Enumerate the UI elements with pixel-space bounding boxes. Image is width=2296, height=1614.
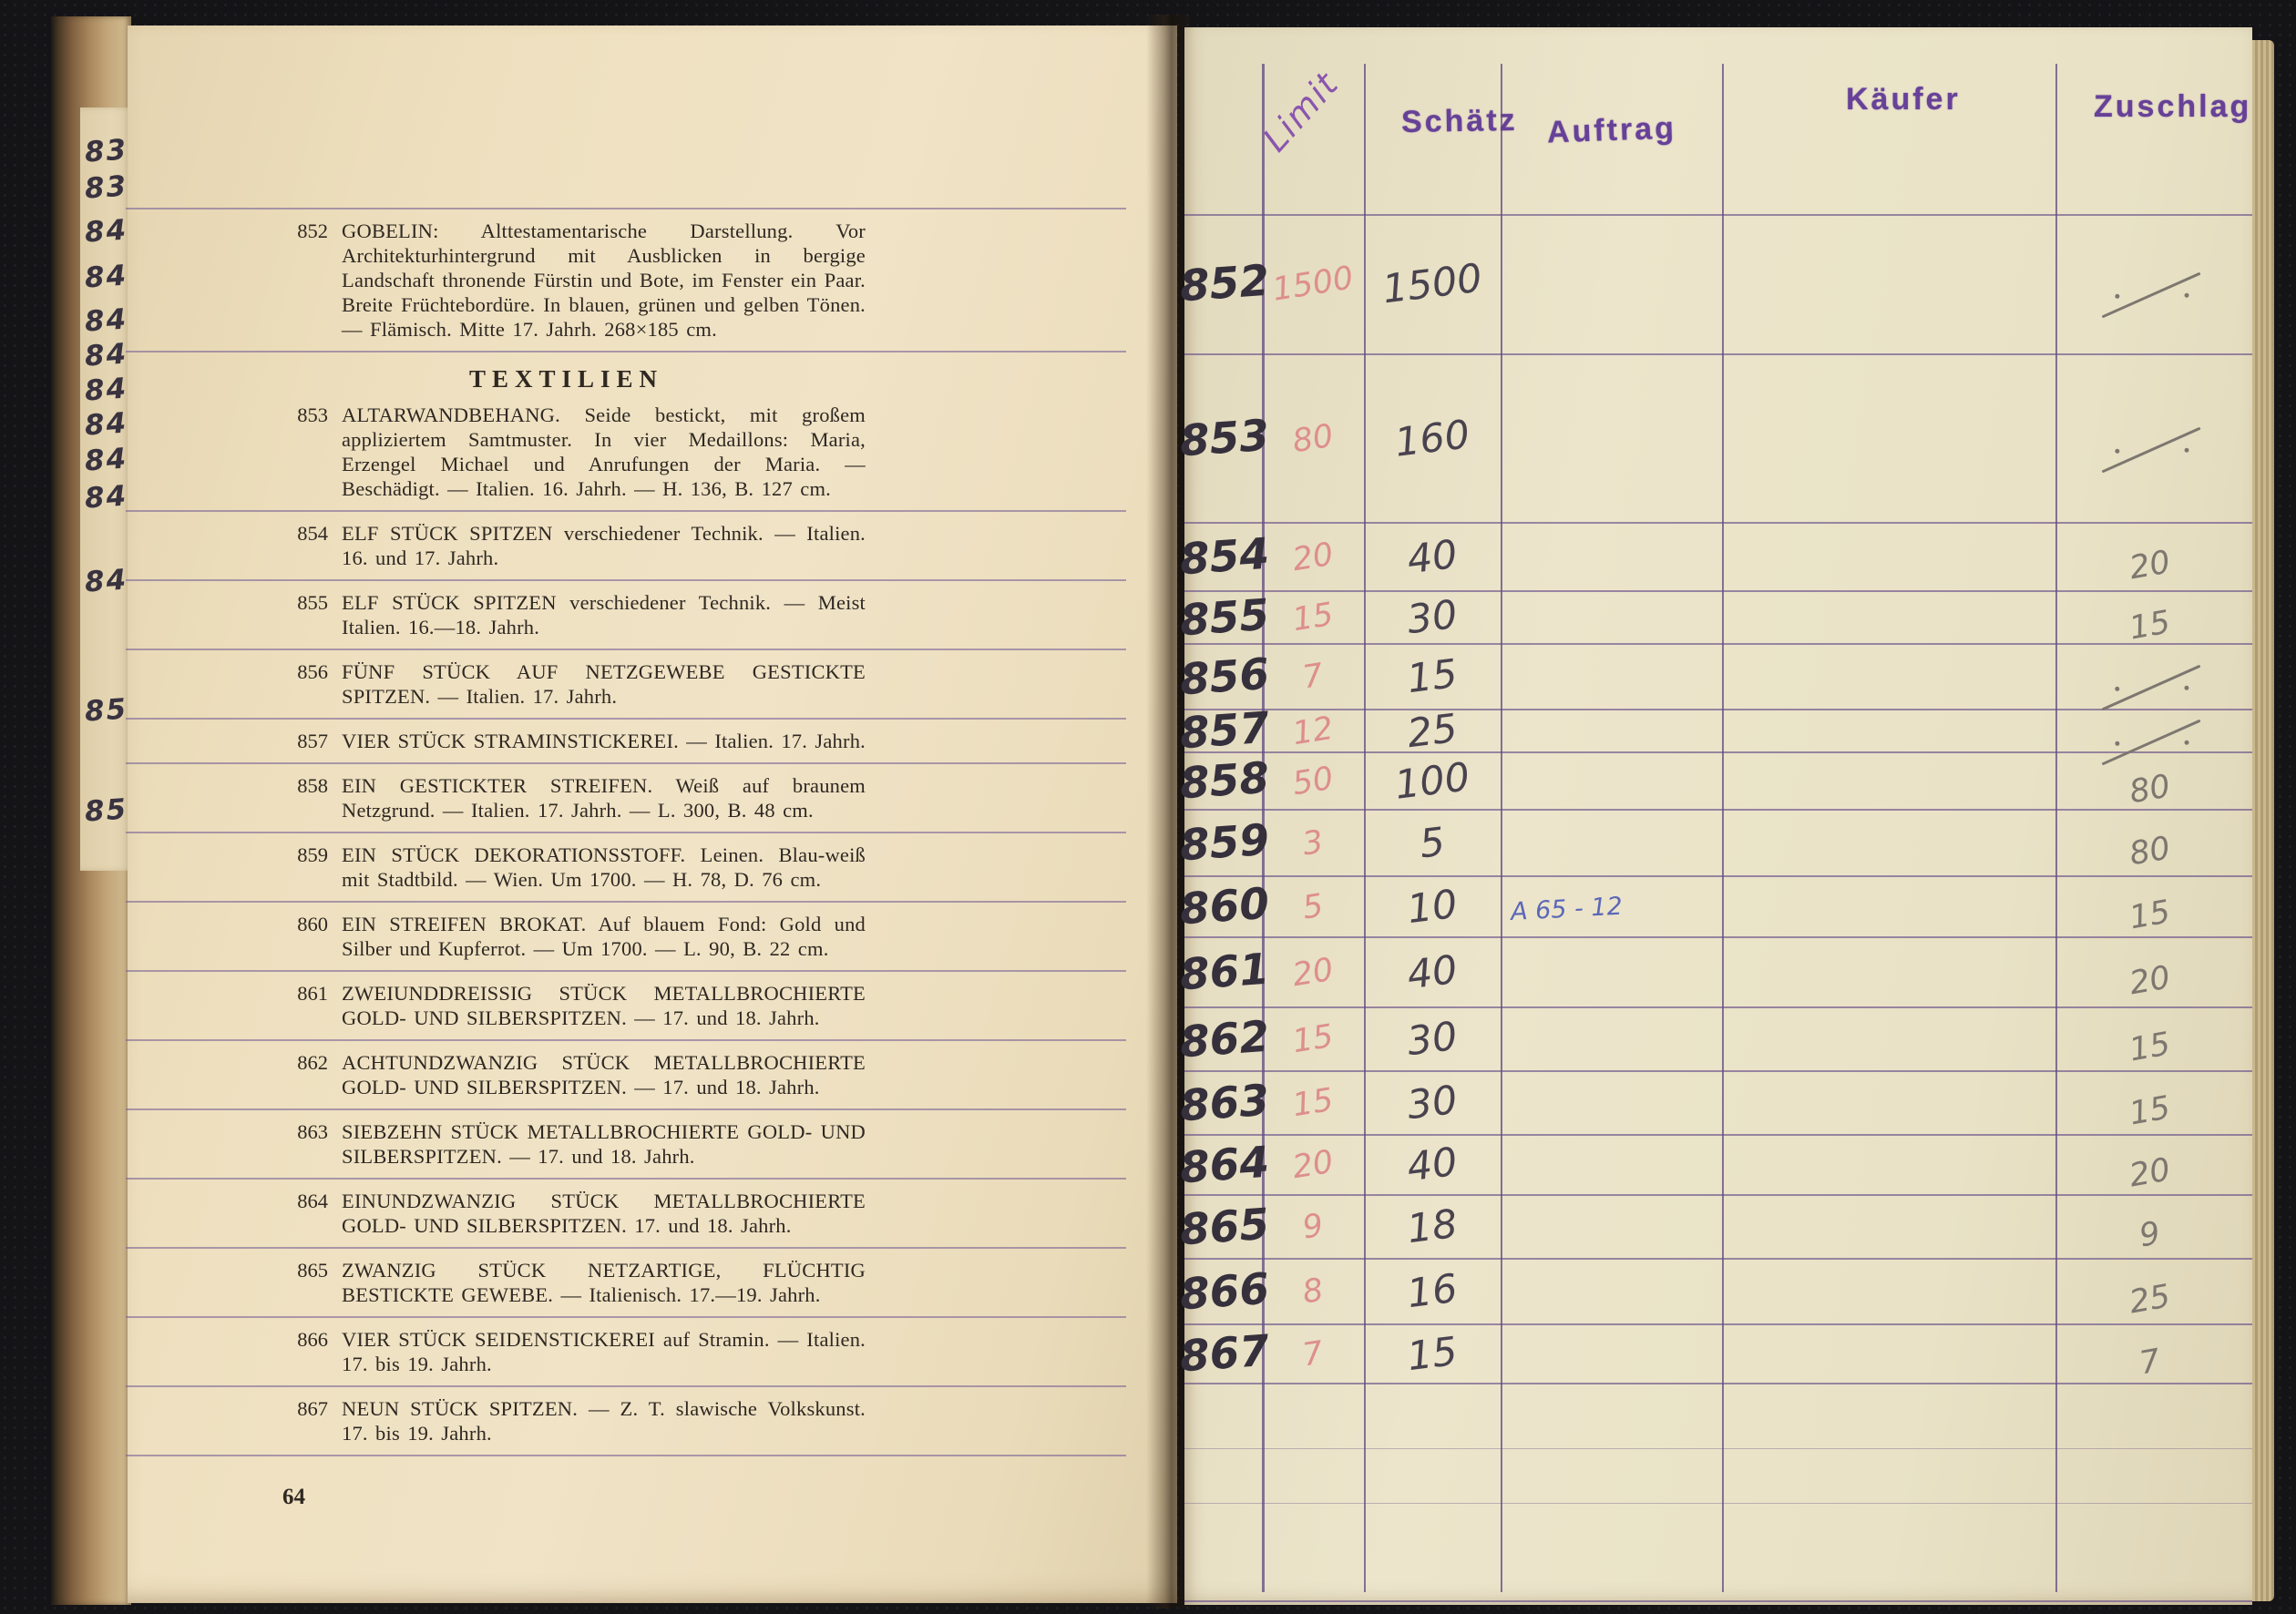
stub-lot-number: 85 xyxy=(84,692,129,728)
entry-separator-line xyxy=(126,1385,1126,1387)
lot-value: 866 xyxy=(1184,1257,1266,1326)
entry-separator-line xyxy=(126,1316,1126,1318)
entry-separator-line xyxy=(126,901,1126,903)
lot-number: 864 xyxy=(282,1189,328,1238)
stub-lot-number: 84 xyxy=(84,337,129,373)
catalog-entry: 854ELF STÜCK SPITZEN verschiedener Techn… xyxy=(282,521,866,570)
column-header-limit: Limit xyxy=(1256,64,1347,158)
kaeufer-value xyxy=(1722,214,2054,353)
stub-lot-number: 84 xyxy=(84,479,129,515)
lot-number: 854 xyxy=(282,521,328,570)
kaeufer-value xyxy=(1722,938,2054,1006)
lot-value: 858 xyxy=(1184,751,1265,812)
row-line xyxy=(1184,1600,2252,1602)
stub-lot-number: 84 xyxy=(84,406,129,442)
catalog-entry: 866VIER STÜCK SEIDENSTICKEREI auf Strami… xyxy=(282,1327,866,1376)
lot-number: 863 xyxy=(282,1119,328,1169)
stub-lot-number: 85 xyxy=(84,792,129,828)
entry-text: EINUNDZWANZIG STÜCK METALLBROCHIERTE GOL… xyxy=(342,1189,866,1238)
kaeufer-value xyxy=(1722,710,2054,751)
lot-number: 865 xyxy=(282,1258,328,1307)
column-stamp-auftrag: Auftrag xyxy=(1546,111,1676,151)
catalog-entry: 859EIN STÜCK DEKORATIONSSTOFF. Leinen. B… xyxy=(282,843,866,892)
entry-text: EIN STREIFEN BROKAT. Auf blauem Fond: Go… xyxy=(342,912,866,961)
ledger-row: 8585010080 xyxy=(1184,753,2252,811)
lot-value: 859 xyxy=(1184,808,1266,878)
catalog-entry: 855ELF STÜCK SPITZEN verschiedener Techn… xyxy=(282,590,866,639)
entry-separator-line xyxy=(126,1178,1126,1180)
catalog-entry: 858EIN GESTICKTER STREIFEN. Weiß auf bra… xyxy=(282,773,866,822)
entry-separator-line xyxy=(126,970,1126,972)
entry-text: FÜNF STÜCK AUF NETZGEWEBE GESTICKTE SPIT… xyxy=(342,659,866,709)
stub-lot-number: 84 xyxy=(84,302,129,338)
catalog-entry: 867NEUN STÜCK SPITZEN. — Z. T. slawische… xyxy=(282,1396,866,1445)
catalog-entry: 856FÜNF STÜCK AUF NETZGEWEBE GESTICKTE S… xyxy=(282,659,866,709)
row-line xyxy=(1184,1448,2252,1449)
lot-number: 856 xyxy=(282,659,328,709)
entry-text: ELF STÜCK SPITZEN verschiedener Technik.… xyxy=(342,590,866,639)
ledger-row: 864204020 xyxy=(1184,1136,2252,1196)
kaeufer-value xyxy=(1722,355,2054,522)
section-heading: TEXTILIEN xyxy=(469,365,866,393)
lot-value: 855 xyxy=(1184,589,1265,646)
lot-value: 864 xyxy=(1184,1133,1265,1197)
lot-number: 861 xyxy=(282,981,328,1030)
auftrag-value xyxy=(1502,748,1729,815)
lot-number: 853 xyxy=(282,403,328,501)
catalog-entry: 865ZWANZIG STÜCK NETZARTIGE, FLÜCHTIG BE… xyxy=(282,1258,866,1307)
page-number: 64 xyxy=(282,1485,305,1510)
kaeufer-value xyxy=(1722,1260,2054,1323)
auftrag-value xyxy=(1502,1254,1728,1330)
entry-text: EIN STÜCK DEKORATIONSSTOFF. Leinen. Blau… xyxy=(342,843,866,892)
catalog-entry: 857VIER STÜCK STRAMINSTICKEREI. — Italie… xyxy=(282,729,866,753)
auftrag-value xyxy=(1502,639,1728,715)
lot-value: 867 xyxy=(1184,1323,1265,1385)
catalog-entry: 862ACHTUNDZWANZIG STÜCK METALLBROCHIERTE… xyxy=(282,1050,866,1099)
ledger-row: 863153015 xyxy=(1184,1072,2252,1136)
right-ledger-page: Limit Schätz Auftrag Käufer Zuschlag 852… xyxy=(1184,27,2252,1605)
entry-text: VIER STÜCK SEIDENSTICKEREI auf Stramin. … xyxy=(342,1327,866,1376)
ledger-row: 85215001500 xyxy=(1184,214,2252,355)
lot-number: 866 xyxy=(282,1327,328,1376)
entry-text: GOBELIN: Alttestamentarische Darstellung… xyxy=(342,219,866,342)
stub-lot-number: 84 xyxy=(84,563,129,598)
ledger-row: 85380160 xyxy=(1184,355,2252,524)
lot-number: 855 xyxy=(282,590,328,639)
catalog-entry: 853ALTARWANDBEHANG. Seide bestickt, mit … xyxy=(282,403,866,501)
ledger-row: 8677157 xyxy=(1184,1325,2252,1384)
lot-number: 867 xyxy=(282,1396,328,1445)
auftrag-value xyxy=(1500,209,1731,360)
entry-text: ACHTUNDZWANZIG STÜCK METALLBROCHIERTE GO… xyxy=(342,1050,866,1099)
auftrag-value: A 65 - 12 xyxy=(1502,872,1728,943)
entries-list: 852GOBELIN: Alttestamentarische Darstell… xyxy=(282,208,866,1456)
stub-lot-number: 84 xyxy=(84,442,129,477)
entry-separator-line xyxy=(126,351,1126,352)
zuschlag-value xyxy=(2045,349,2254,545)
stub-page-edge: 83838484848484848484848585 xyxy=(80,107,135,871)
kaeufer-value xyxy=(1722,1136,2054,1194)
ledger-row: 862153015 xyxy=(1184,1008,2252,1072)
entry-separator-line xyxy=(126,718,1126,720)
no-sale-strike-mark xyxy=(2095,256,2209,334)
ledger-row: 8593580 xyxy=(1184,811,2252,877)
auftrag-value xyxy=(1502,1003,1728,1077)
lot-value: 862 xyxy=(1184,1006,1266,1073)
lot-number: 852 xyxy=(282,219,328,342)
kaeufer-value xyxy=(1722,1196,2054,1258)
ledger-row: 856715 xyxy=(1184,645,2252,710)
auftrag-value xyxy=(1502,1067,1728,1140)
kaeufer-value xyxy=(1722,524,2054,590)
entry-separator-line xyxy=(126,579,1126,581)
entry-text: NEUN STÜCK SPITZEN. — Z. T. slawische Vo… xyxy=(342,1396,866,1445)
stub-lot-number: 83 xyxy=(84,169,129,205)
lot-value: 865 xyxy=(1184,1193,1266,1261)
auftrag-value xyxy=(1502,1190,1728,1264)
kaeufer-value xyxy=(1722,877,2054,936)
entry-separator-line xyxy=(126,1455,1126,1456)
ledger-row: 86681625 xyxy=(1184,1260,2252,1325)
entry-separator-line xyxy=(126,1247,1126,1249)
auftrag-value xyxy=(1502,518,1728,597)
lot-number: 859 xyxy=(282,843,328,892)
limit-value: 7 xyxy=(1259,1318,1368,1390)
kaeufer-value xyxy=(1722,592,2054,643)
auftrag-value xyxy=(1502,1130,1728,1200)
ledger-row: 854204020 xyxy=(1184,524,2252,592)
column-stamp-zuschlag: Zuschlag xyxy=(2094,89,2251,125)
schaetz-value: 160 xyxy=(1355,348,1509,530)
kaeufer-value xyxy=(1722,1008,2054,1070)
entry-separator-line xyxy=(126,208,1126,209)
left-catalog-page: 852GOBELIN: Alttestamentarische Darstell… xyxy=(128,26,1177,1603)
catalog-entry: 860EIN STREIFEN BROKAT. Auf blauem Fond:… xyxy=(282,912,866,961)
entry-separator-line xyxy=(126,1108,1126,1110)
stub-lot-number: 84 xyxy=(84,213,129,249)
schaetz-value: 15 xyxy=(1362,1317,1503,1391)
catalog-entry: 852GOBELIN: Alttestamentarische Darstell… xyxy=(282,219,866,342)
auftrag-value xyxy=(1502,1320,1729,1389)
entry-separator-line xyxy=(126,762,1126,764)
auftrag-value xyxy=(1499,350,1731,528)
entry-text: ZWANZIG STÜCK NETZARTIGE, FLÜCHTIG BESTI… xyxy=(342,1258,866,1307)
kaeufer-value xyxy=(1722,1325,2054,1383)
auftrag-value xyxy=(1502,933,1729,1013)
stub-lot-number: 84 xyxy=(84,372,129,407)
kaeufer-value xyxy=(1722,1072,2054,1134)
lot-value: 857 xyxy=(1185,708,1265,754)
column-stamp-kaeufer: Käufer xyxy=(1846,82,1961,117)
lot-number: 858 xyxy=(282,773,328,822)
zuschlag-value: 7 xyxy=(2055,1318,2245,1406)
lot-number: 862 xyxy=(282,1050,328,1099)
stub-lot-number: 83 xyxy=(84,133,129,169)
lot-value: 856 xyxy=(1184,642,1266,711)
catalog-entry: 864EINUNDZWANZIG STÜCK METALLBROCHIERTE … xyxy=(282,1189,866,1238)
entry-text: ELF STÜCK SPITZEN verschiedener Technik.… xyxy=(342,521,866,570)
ledger-row: 8659189 xyxy=(1184,1196,2252,1260)
entry-text: ALTARWANDBEHANG. Seide bestickt, mit gro… xyxy=(342,403,866,501)
lot-number: 857 xyxy=(282,729,328,753)
ledger-row: 860510A 65 - 1215 xyxy=(1184,877,2252,938)
lot-value: 863 xyxy=(1184,1069,1266,1137)
row-line xyxy=(1184,1503,2252,1504)
no-sale-strike-mark xyxy=(2095,411,2209,489)
lot-value: 860 xyxy=(1184,874,1265,939)
page-block-edge xyxy=(2252,40,2274,1601)
entry-separator-line xyxy=(126,510,1126,512)
auftrag-value xyxy=(1502,587,1729,649)
catalog-entry: 861ZWEIUNDDREISSIG STÜCK METALLBROCHIERT… xyxy=(282,981,866,1030)
kaeufer-value xyxy=(1722,753,2054,809)
ledger-row: 8571225 xyxy=(1184,710,2252,753)
entry-text: ZWEIUNDDREISSIG STÜCK METALLBROCHIERTE G… xyxy=(342,981,866,1030)
entry-text: SIEBZEHN STÜCK METALLBROCHIERTE GOLD- UN… xyxy=(342,1119,866,1169)
entry-separator-line xyxy=(126,1039,1126,1041)
schaetz-value: 1500 xyxy=(1357,207,1508,362)
lot-value: 854 xyxy=(1184,521,1266,593)
catalog-entry: 863SIEBZEHN STÜCK METALLBROCHIERTE GOLD-… xyxy=(282,1119,866,1169)
entry-text: EIN GESTICKTER STREIFEN. Weiß auf braune… xyxy=(342,773,866,822)
entry-separator-line xyxy=(126,832,1126,833)
stub-lot-number: 84 xyxy=(84,259,129,294)
entry-text: VIER STÜCK STRAMINSTICKEREI. — Italien. … xyxy=(342,729,866,753)
limit-value: 1500 xyxy=(1253,207,1374,360)
book-spread-scan: 83838484848484848484848585 852GOBELIN: A… xyxy=(0,0,2296,1614)
lot-number: 860 xyxy=(282,912,328,961)
kaeufer-value xyxy=(1722,811,2054,875)
kaeufer-value xyxy=(1722,645,2054,709)
ledger-row: 855153015 xyxy=(1184,592,2252,645)
entry-separator-line xyxy=(126,649,1126,650)
auftrag-value xyxy=(1502,805,1728,882)
lot-value: 861 xyxy=(1184,935,1265,1009)
ledger-row: 861204020 xyxy=(1184,938,2252,1008)
